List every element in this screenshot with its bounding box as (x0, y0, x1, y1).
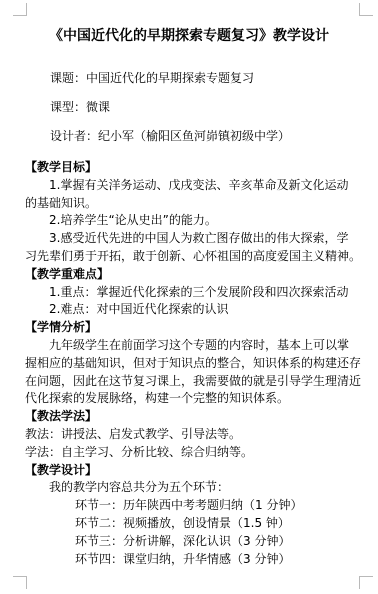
text-line: 1.掌握有关洋务运动、戊戌变法、辛亥革命及新文化运动 (25, 177, 366, 195)
section-heading-teaching-design: 【教学设计】 (25, 462, 366, 480)
meta-line-course-type: 课型：微课 (50, 93, 378, 122)
text-line: 握相应的基础知识，但对于知识点的整合，知识体系的构建还存 (25, 355, 366, 373)
section-heading-teaching-goals: 【教学目标】 (25, 159, 366, 177)
crop-mark-bottom-left-icon (13, 576, 27, 589)
crop-mark-top-right-icon (359, 3, 373, 16)
section-heading-teaching-methods: 【教法学法】 (25, 408, 366, 426)
text-line: 1.重点：掌握近代化探索的三个发展阶段和四次探索活动 (25, 284, 366, 302)
text-line: 的基础知识。 (25, 195, 366, 213)
crop-mark-bottom-right-icon (359, 576, 373, 589)
text-line: 九年级学生在前面学习这个专题的内容时，基本上可以掌 (25, 337, 366, 355)
crop-mark-top-left-icon (13, 3, 27, 16)
text-line: 在问题，因此在这节复习课上，我需要做的就是引导学生理清近 (25, 373, 366, 391)
section-heading-key-difficult-points: 【教学重难点】 (25, 266, 366, 284)
text-line-step-1: 环节一：历年陕西中考考题归纳（1 分钟） (25, 497, 366, 515)
document-body: 【教学目标】 1.掌握有关洋务运动、戊戌变法、辛亥革命及新文化运动 的基础知识。… (25, 159, 366, 568)
meta-line-topic: 课题：中国近代化的早期探索专题复习 (50, 64, 378, 93)
text-line: 2.难点：对中国近代化探索的认识 (25, 301, 366, 319)
text-line: 我的教学内容总共分为五个环节： (25, 479, 366, 497)
text-line-step-4: 环节四：课堂归纳，升华情感（3 分钟） (25, 551, 366, 569)
document-page: 《中国近代化的早期探索专题复习》教学设计 课题：中国近代化的早期探索专题复习 课… (0, 0, 378, 594)
section-heading-learner-analysis: 【学情分析】 (25, 319, 366, 337)
text-line: 学法：自主学习、分析比较、综合归纳等。 (25, 444, 366, 462)
text-line: 3.感受近代先进的中国人为救亡图存做出的伟大探索，学 (25, 230, 366, 248)
text-line-step-2: 环节二：视频播放，创设情景（1.5 钟） (25, 515, 366, 533)
text-line: 2.培养学生“论从史出”的能力。 (25, 212, 366, 230)
text-line: 代化探索的发展脉络，构建一个完整的知识体系。 (25, 390, 366, 408)
meta-block: 课题：中国近代化的早期探索专题复习 课型：微课 设计者：纪小军（榆阳区鱼河峁镇初… (50, 64, 378, 151)
text-line: 教法：讲授法、启发式教学、引导法等。 (25, 426, 366, 444)
meta-line-designer: 设计者：纪小军（榆阳区鱼河峁镇初级中学） (50, 122, 378, 151)
document-title: 《中国近代化的早期探索专题复习》教学设计 (0, 0, 378, 46)
text-line-step-3: 环节三：分析讲解，深化认识（3 分钟） (25, 533, 366, 551)
text-line: 习先辈们勇于开拓，敢于创新、心怀祖国的高度爱国主义精神。 (25, 248, 366, 266)
